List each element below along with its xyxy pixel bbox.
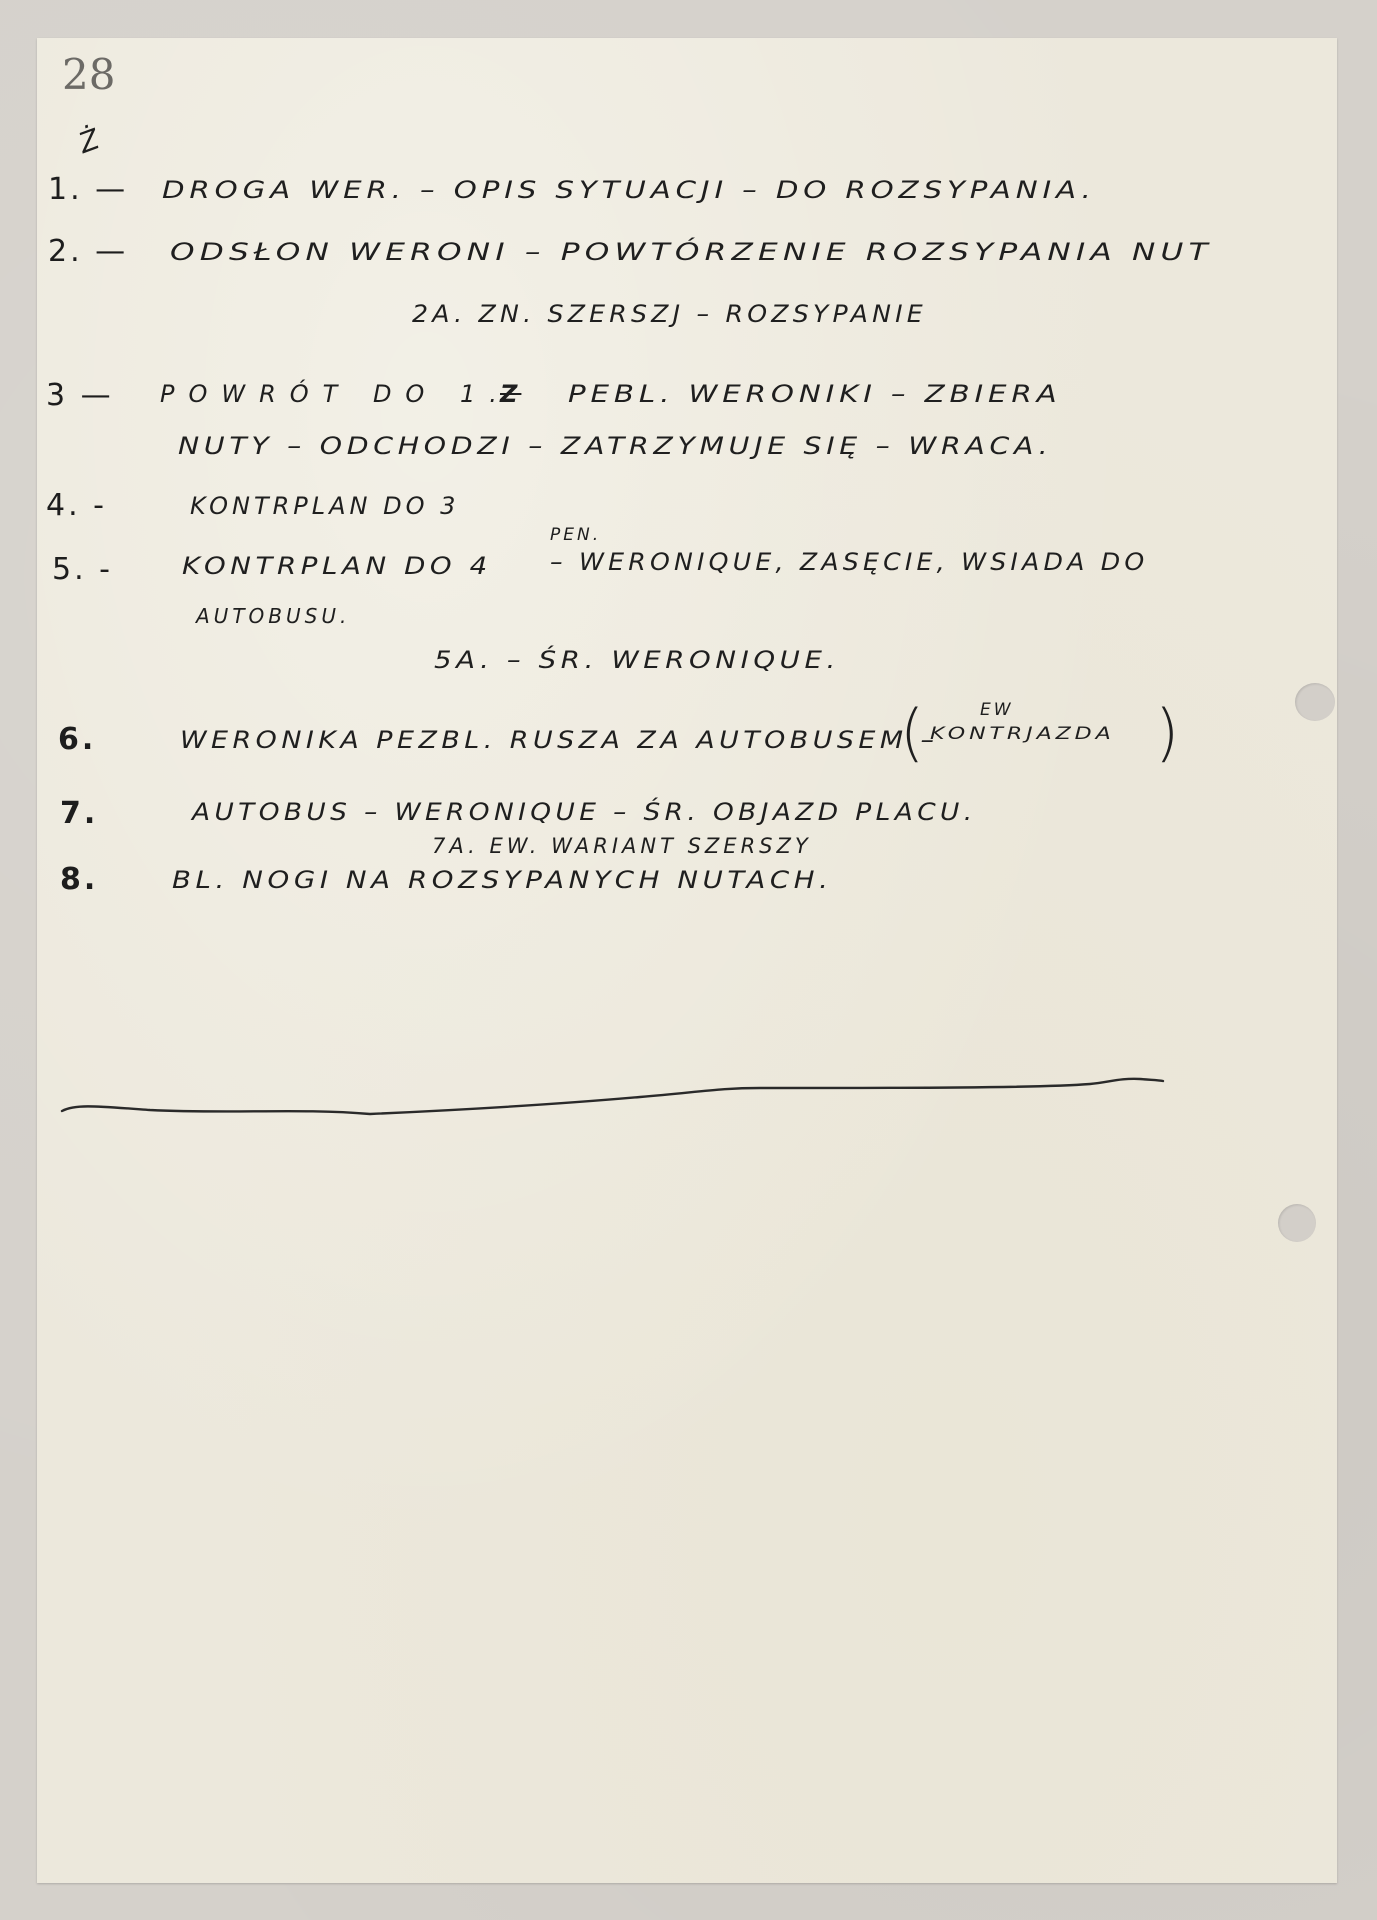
horizontal-rule: [0, 0, 1377, 1920]
